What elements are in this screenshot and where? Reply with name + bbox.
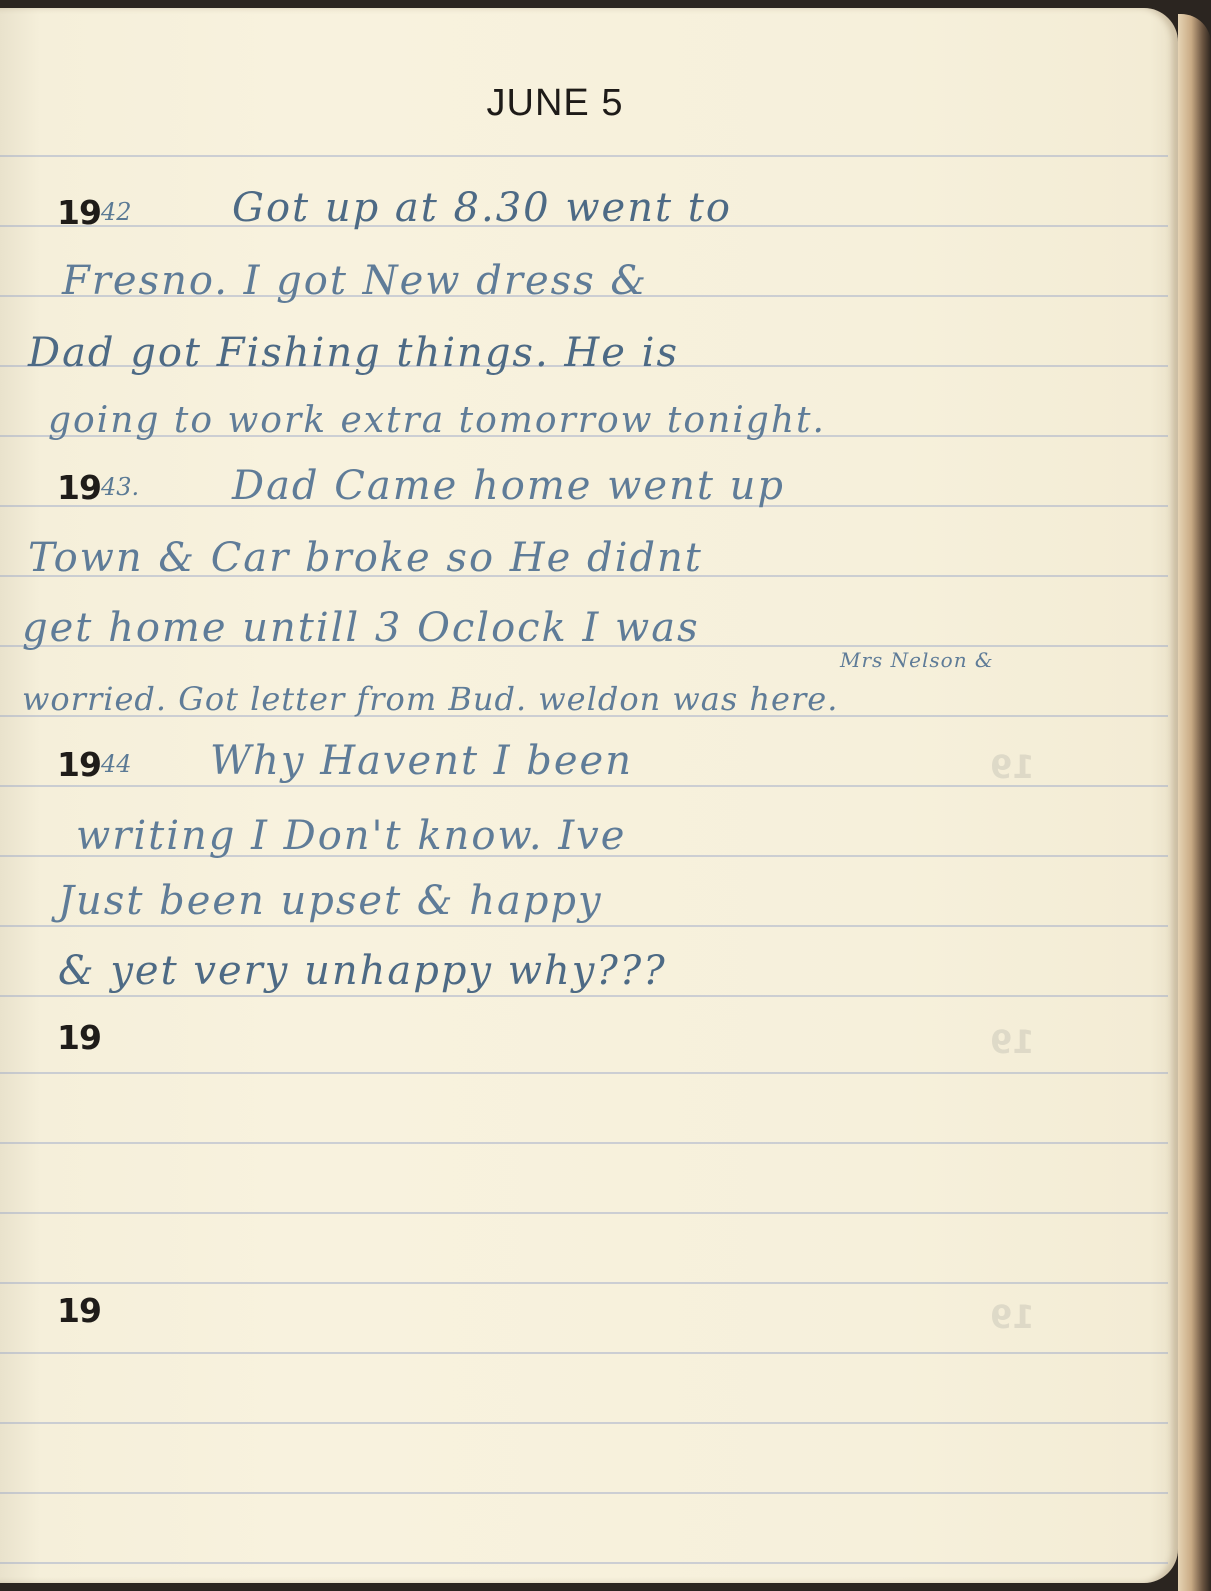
show-through-year: 19 — [990, 1298, 1035, 1336]
ruled-line — [0, 925, 1168, 927]
ruled-line — [0, 995, 1168, 997]
entry-line: writing I Don't know. Ive — [76, 813, 626, 859]
page-stack-edge — [1178, 14, 1211, 1591]
year-printed: 19 — [57, 1018, 101, 1057]
year-handwritten: 44 — [101, 750, 132, 778]
entry-line: Fresno. I got New dress & — [62, 258, 648, 304]
year-printed: 19 — [57, 468, 101, 507]
ruled-line — [0, 1422, 1168, 1424]
ruled-line — [0, 1212, 1168, 1214]
entry-line: get home untill 3 Oclock I was — [22, 605, 700, 651]
year-printed: 19 — [57, 745, 101, 784]
entry-line: Dad got Fishing things. He is — [28, 330, 679, 376]
ruled-line — [0, 1352, 1168, 1354]
entry-line: & yet very unhappy why??? — [58, 948, 667, 994]
ruled-line — [0, 1072, 1168, 1074]
ruled-line — [0, 155, 1168, 157]
entry-line: Why Havent I been — [210, 738, 633, 784]
entry-line: Just been upset & happy — [58, 878, 603, 924]
ruled-line — [0, 1142, 1168, 1144]
entry-line: going to work extra tomorrow tonight. — [48, 400, 826, 441]
entry-line: Town & Car broke so He didnt — [28, 535, 703, 581]
entry-year-label: 19 — [57, 1291, 101, 1330]
diary-page: 19 19 19 JUNE 5 1942 Got up at 8.30 went… — [0, 8, 1178, 1583]
ruled-line — [0, 1282, 1168, 1284]
interlinear-note: Mrs Nelson & — [840, 648, 994, 672]
entry-line: worried. Got letter from Bud. weldon was… — [22, 680, 838, 718]
entry-year-label: 1943. — [57, 468, 139, 507]
ruled-line — [0, 1562, 1168, 1564]
year-printed: 19 — [57, 1291, 101, 1330]
entry-year-label: 1942 — [57, 193, 131, 232]
year-handwritten: 43. — [101, 473, 139, 501]
page-date-heading: JUNE 5 — [0, 82, 1110, 125]
year-printed: 19 — [57, 193, 101, 232]
show-through-year: 19 — [990, 1023, 1035, 1061]
entry-year-label: 1944 — [57, 745, 131, 784]
ruled-line — [0, 1492, 1168, 1494]
entry-year-label: 19 — [57, 1018, 101, 1057]
show-through-year: 19 — [990, 748, 1035, 786]
entry-line: Got up at 8.30 went to — [232, 185, 732, 231]
entry-line: Dad Came home went up — [232, 463, 785, 509]
year-handwritten: 42 — [101, 198, 132, 226]
